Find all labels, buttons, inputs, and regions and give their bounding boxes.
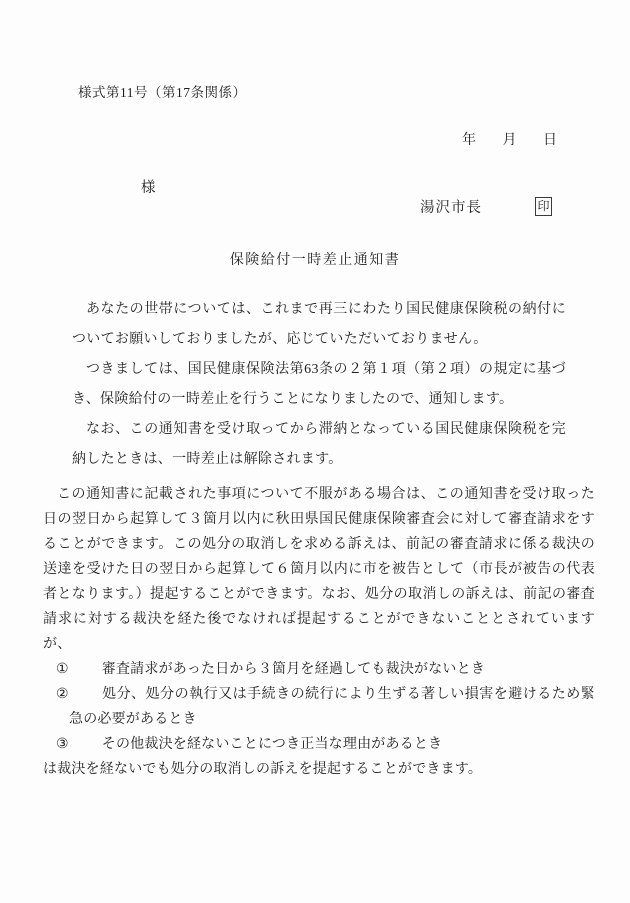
appeal-item-3-text: その他裁決を経ないことにつき正当な理由があるとき [102, 737, 443, 752]
document-page: 様式第11号（第17条関係） 年 月 日 様 湯沢市長 印 保険給付一時差止通知… [0, 0, 630, 903]
appeal-closing: は裁決を経ないでも処分の取消しの訴えを提起することができます。 [43, 757, 595, 782]
appeal-item-2: ②処分、処分の執行又は手続きの続行により生ずる著しい損害を避けるため緊急の必要が… [43, 682, 595, 732]
notice-paragraph-3: なお、この通知書を受け取ってから滞納となっている国民健康保険税を完納したときは、… [72, 415, 566, 475]
appeal-intro: この通知書に記載された事項について不服がある場合は、この通知書を受け取った日の翌… [43, 482, 595, 657]
appeal-item-2-number: ② [56, 687, 69, 702]
month-label: 月 [503, 133, 517, 148]
year-label: 年 [462, 133, 476, 148]
notice-paragraph-1: あなたの世帯については、これまで再三にわたり国民健康保険税の納付についてお願いし… [72, 295, 566, 355]
appeal-item-1-number: ① [56, 662, 69, 677]
seal-stamp-box: 印 [535, 197, 552, 216]
appeal-item-3-number: ③ [56, 737, 69, 752]
day-label: 日 [543, 133, 557, 148]
appeal-item-2-text: 処分、処分の執行又は手続きの続行により生ずる著しい損害を避けるため緊急の必要があ… [69, 687, 595, 727]
appeal-item-1-text: 審査請求があった日から３箇月を経過しても裁決がないとき [102, 662, 485, 677]
notice-paragraph-2: つきましては、国民健康保険法第63条の２第１項（第２項）の規定に基づき、保険給付… [72, 355, 566, 415]
sender-name: 湯沢市長 [420, 196, 482, 217]
appeal-instructions: この通知書に記載された事項について不服がある場合は、この通知書を受け取った日の翌… [43, 482, 595, 782]
addressee-honorific: 様 [141, 176, 156, 197]
document-title: 保険給付一時差止通知書 [0, 249, 630, 269]
appeal-item-3: ③その他裁決を経ないことにつき正当な理由があるとき [43, 732, 595, 757]
date-line: 年 月 日 [462, 129, 557, 149]
notice-body: あなたの世帯については、これまで再三にわたり国民健康保険税の納付についてお願いし… [72, 295, 566, 475]
appeal-item-1: ①審査請求があった日から３箇月を経過しても裁決がないとき [43, 657, 595, 682]
form-number: 様式第11号（第17条関係） [78, 81, 247, 101]
